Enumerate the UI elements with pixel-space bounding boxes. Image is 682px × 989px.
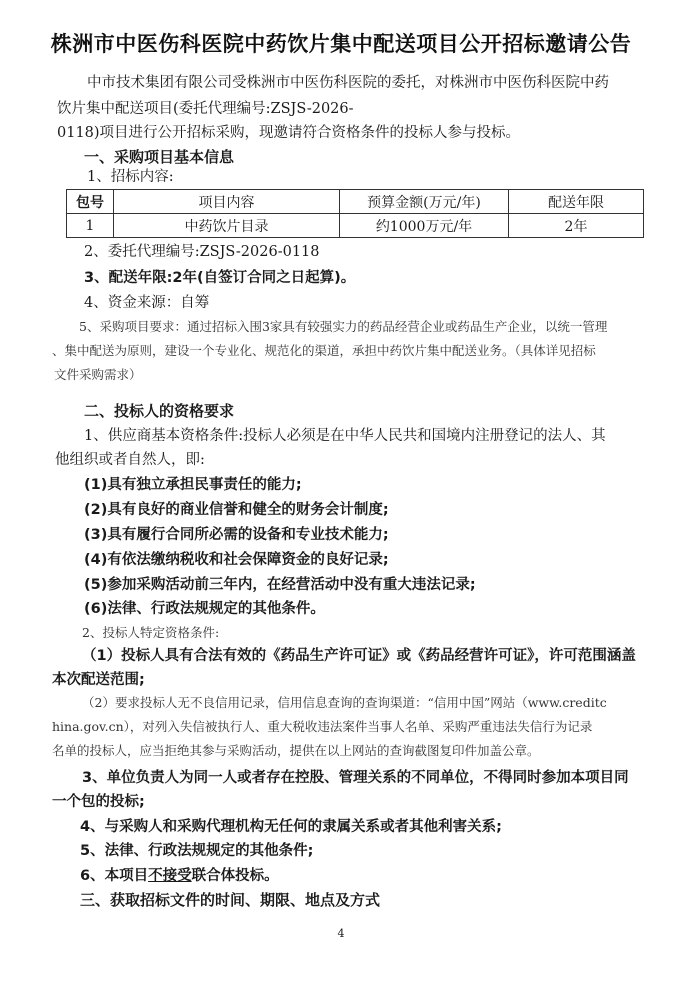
bid-content-table: 包号 项目内容 预算金额(万元/年) 配送年限 1 中药饮片目录 约1000万元… — [66, 189, 644, 238]
item-6-prefix: 6、本项目 — [80, 868, 148, 884]
page-number: 4 — [0, 928, 682, 939]
project-requirement-line-3: 文件采购需求） — [54, 369, 142, 382]
basic-item-3: (3)具有履行合同所必需的设备和专业技术能力; — [84, 528, 389, 543]
qualification-item-5: 5、法律、行政法规规定的其他条件; — [80, 844, 313, 859]
basic-qualification-line-1: 1、供应商基本资格条件:投标人必须是在中华人民共和国境内注册登记的法人、其 — [84, 429, 606, 444]
basic-item-5: (5)参加采购活动前三年内，在经营活动中没有重大违法记录; — [84, 578, 476, 593]
table-header-cell: 预算金额(万元/年) — [340, 190, 509, 214]
intro-line-1: 中市技术集团有限公司受株洲市中医伤科医院的委托，对株洲市中医伤科医院中药 — [87, 76, 609, 91]
section-1-heading: 一、采购项目基本信息 — [84, 150, 234, 165]
basic-item-6: (6)法律、行政法规规定的其他条件。 — [84, 602, 325, 617]
item-6-underlined: 不接受 — [148, 868, 192, 884]
specific-item-1-line-1: （1）投标人具有合法有效的《药品生产许可证》或《药品经营许可证》，许可范围涵盖 — [82, 649, 636, 664]
specific-qualification-label: 2、投标人特定资格条件: — [82, 627, 219, 640]
specific-item-2-line-1: （2）要求投标人无不良信用记录，信用信息查询的查询渠道：“信用中国”网站（www… — [82, 697, 607, 710]
specific-item-2-line-3: 名单的投标人，应当拒绝其参与采购活动，提供在以上网站的查询截图复印件加盖公章。 — [52, 745, 540, 758]
delivery-term: 3、配送年限:2年(自签订合同之日起算)。 — [84, 271, 355, 286]
document-title: 株洲市中医伤科医院中药饮片集中配送项目公开招标邀请公告 — [0, 34, 682, 55]
project-requirement-line-1: 5、采购项目要求：通过招标入围3家具有较强实力的药品经营企业或药品生产企业，以统… — [79, 321, 607, 334]
basic-item-2: (2)具有良好的商业信誉和健全的财务会计制度; — [84, 503, 389, 518]
qualification-item-3-line-1: 3、单位负责人为同一人或者存在控股、管理关系的不同单位，不得同时参加本项目同 — [82, 771, 629, 786]
table-row: 1 中药饮片目录 约1000万元/年 2年 — [67, 214, 644, 238]
section-2-heading: 二、投标人的资格要求 — [84, 404, 234, 419]
basic-qualification-line-2: 他组织或者自然人，即: — [55, 453, 205, 468]
fund-source: 4、资金来源：自筹 — [84, 296, 209, 311]
project-requirement-line-2: 、集中配送为原则，建设一个专业化、规范化的渠道，承担中药饮片集中配送业务。（具体… — [52, 345, 596, 358]
table-header-row: 包号 项目内容 预算金额(万元/年) 配送年限 — [67, 190, 644, 214]
bid-content-label: 1、招标内容: — [87, 170, 174, 185]
qualification-item-4: 4、与采购人和采购代理机构无任何的隶属关系或者其他利害关系; — [80, 820, 502, 835]
table-cell: 1 — [67, 214, 114, 238]
item-6-suffix: 联合体投标。 — [192, 868, 279, 884]
table-cell: 约1000万元/年 — [340, 214, 509, 238]
table-header-cell: 包号 — [67, 190, 114, 214]
intro-line-3: 0118)项目进行公开招标采购，现邀请符合资格条件的投标人参与投标。 — [57, 126, 520, 141]
intro-line-2: 饮片集中配送项目(委托代理编号:ZSJS-2026- — [57, 102, 354, 117]
specific-item-1-line-2: 本次配送范围; — [52, 673, 145, 688]
agency-code: 2、委托代理编号:ZSJS-2026-0118 — [84, 245, 320, 260]
table-header-cell: 项目内容 — [114, 190, 340, 214]
qualification-item-6: 6、本项目不接受联合体投标。 — [80, 869, 279, 884]
table-header-cell: 配送年限 — [509, 190, 644, 214]
section-3-heading: 三、获取招标文件的时间、期限、地点及方式 — [80, 893, 380, 908]
qualification-item-3-line-2: 一个包的投标; — [52, 795, 145, 810]
table-cell: 中药饮片目录 — [114, 214, 340, 238]
basic-item-1: (1)具有独立承担民事责任的能力; — [84, 478, 302, 493]
specific-item-2-line-2: hina.gov.cn），对列入失信被执行人、重大税收违法案件当事人名单、采购严… — [52, 721, 592, 734]
table-cell: 2年 — [509, 214, 644, 238]
basic-item-4: (4)有依法缴纳税收和社会保障资金的良好记录; — [84, 553, 389, 568]
